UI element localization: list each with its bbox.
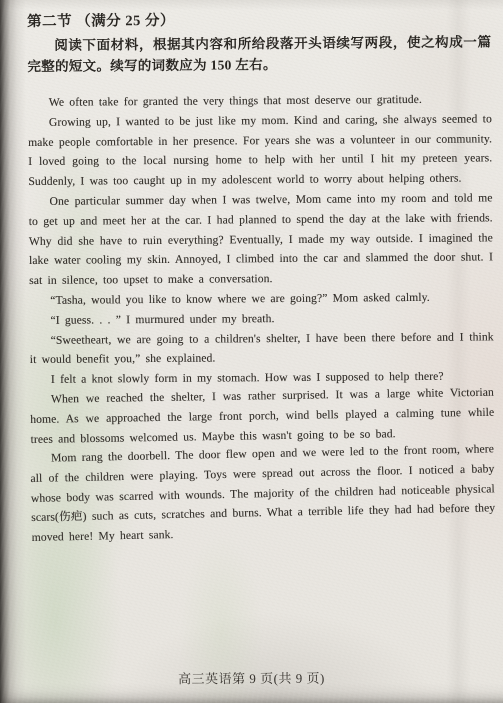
scanned-exam-page: 第二节 （满分 25 分） 阅读下面材料，根据其内容和所给段落开头语续写两段，使…	[0, 0, 503, 703]
exam-content: 第二节 （满分 25 分） 阅读下面材料，根据其内容和所给段落开头语续写两段，使…	[27, 6, 495, 548]
passage-paragraph: Growing up, I wanted to be just like my …	[28, 109, 493, 192]
reading-passage: We often take for granted the very thing…	[28, 89, 496, 548]
passage-paragraph-dialogue: “Sweetheart, we are going to a children'…	[30, 327, 494, 370]
section-heading: 第二节 （满分 25 分）	[27, 6, 491, 31]
passage-paragraph: Mom rang the doorbell. The door flew ope…	[30, 440, 496, 549]
passage-paragraph: One particular summer day when I was twe…	[28, 188, 493, 291]
page-number-footer: 高三英语第 9 页(共 9 页)	[0, 667, 503, 689]
passage-paragraph-dialogue: “Tasha, would you like to know where we …	[29, 287, 493, 310]
section-instructions: 阅读下面材料，根据其内容和所给段落开头语续写两段，使之构成一篇完整的短文。续写的…	[27, 31, 491, 77]
passage-paragraph: When we reached the shelter, I was rathe…	[30, 383, 495, 450]
